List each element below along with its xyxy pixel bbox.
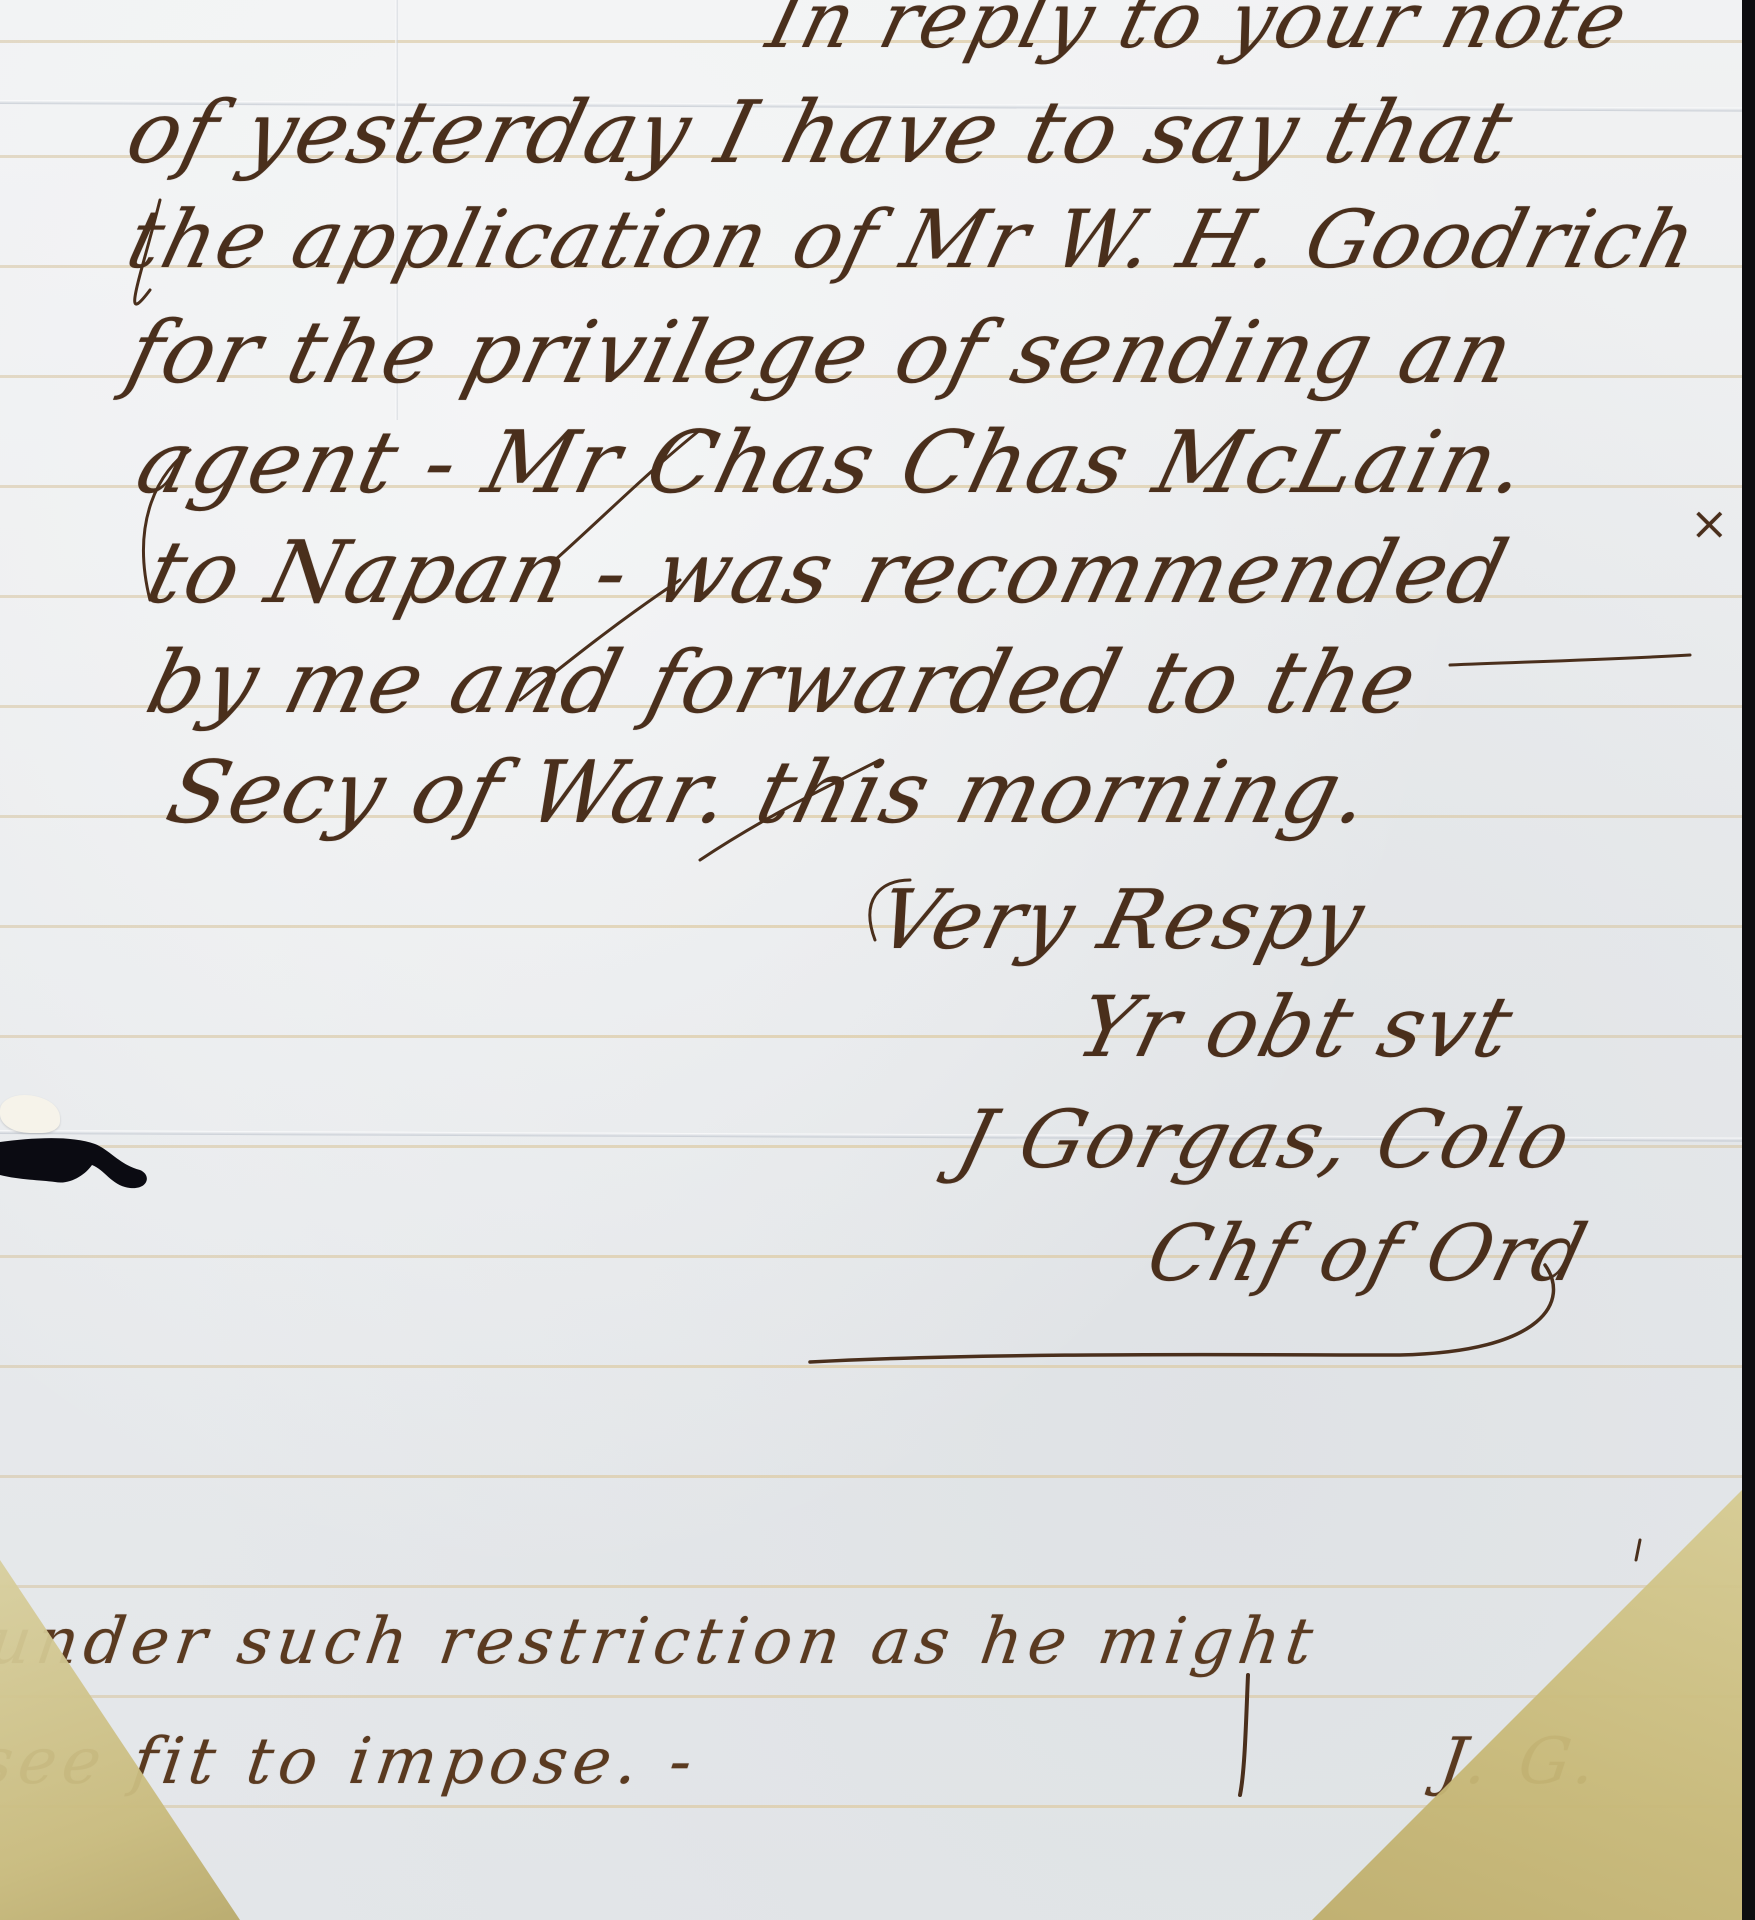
ruled-line xyxy=(0,1475,1742,1478)
letter-line-5: agent - Mr Chas Chas McLain. xyxy=(129,420,1537,506)
signature-name: J Gorgas, Colo xyxy=(950,1100,1580,1180)
ruled-line xyxy=(0,925,1742,928)
insertion-mark: × xyxy=(1690,500,1731,546)
letter-line-8: Secy of War. this morning. xyxy=(159,750,1380,836)
letter-page: In reply to your note of yesterday I hav… xyxy=(0,0,1755,1920)
letter-line-7: by me and forwarded to the xyxy=(139,640,1426,726)
torn-paper-fleck xyxy=(0,1095,60,1133)
postscript-line-1: under such restriction as he might xyxy=(0,1610,1322,1674)
closing-line-2: Yr obt svt xyxy=(1070,985,1522,1069)
letter-line-6: to Napan - was recommended xyxy=(139,530,1517,616)
ink-blot xyxy=(0,1130,150,1190)
ruled-line xyxy=(0,1585,1742,1588)
letter-line-1: In reply to your note xyxy=(760,0,1636,60)
letter-line-4: for the privilege of sending an xyxy=(119,310,1522,396)
ruled-line xyxy=(0,1695,1742,1698)
signature-title: Chf of Ord xyxy=(1140,1215,1595,1293)
photo-corner-bottom-right xyxy=(1312,1490,1742,1920)
ruled-line xyxy=(0,1365,1742,1368)
closing-line-1: Very Respy xyxy=(870,880,1373,962)
frame-edge xyxy=(1742,0,1755,1920)
letter-line-2: of yesterday I have to say that xyxy=(119,90,1521,176)
letter-line-3: the application of Mr W. H. Goodrich xyxy=(120,200,1705,280)
